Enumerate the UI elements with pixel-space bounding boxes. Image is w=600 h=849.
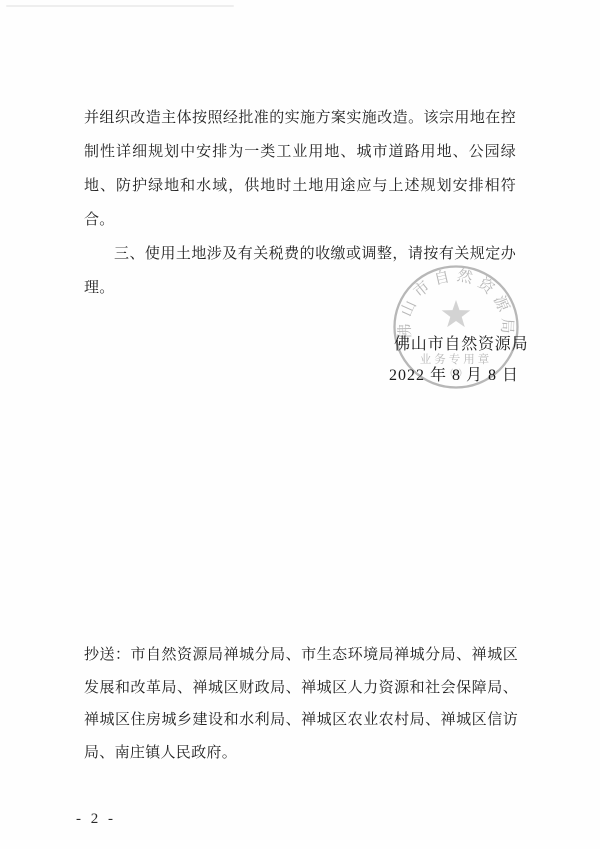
cc-list: 抄送：市自然资源局禅城分局、市生态环境局禅城分局、禅城区发展和改革局、禅城区财政… (84, 639, 518, 769)
signing-agency: 佛山市自然资源局 (394, 331, 528, 354)
document-page: 并组织改造主体按照经批准的实施方案实施改造。该宗用地在控制性详细规划中安排为一类… (0, 0, 600, 849)
paragraph-continued: 并组织改造主体按照经批准的实施方案实施改造。该宗用地在控制性详细规划中安排为一类… (84, 101, 516, 237)
star-icon (442, 300, 471, 327)
scan-artifact (6, 5, 234, 7)
signing-date: 2022 年 8 月 8 日 (389, 362, 519, 385)
page-number: - 2 - (76, 811, 116, 828)
